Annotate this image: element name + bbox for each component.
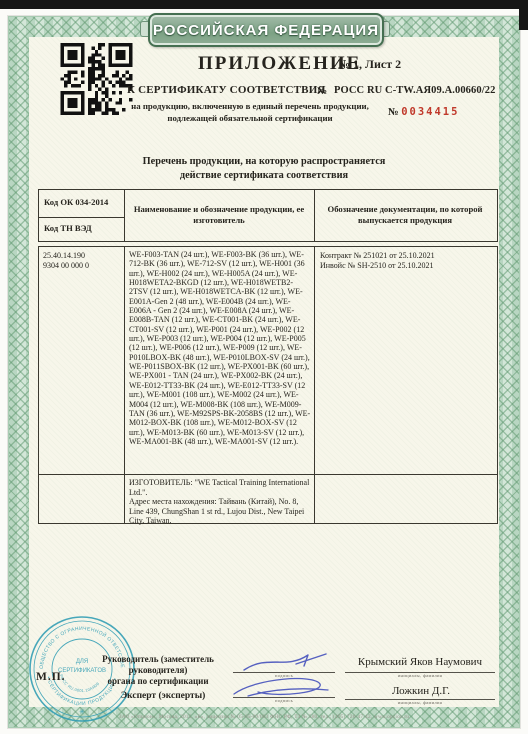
expert-name-line: инициалы, фамилия <box>345 699 495 706</box>
certificate-subtitle: на продукцию, включенную в единый перече… <box>90 101 410 124</box>
code-cell: 25.40.14.190 9304 00 000 0 <box>43 251 122 271</box>
documentation-header: Обозначение документации, по которой вып… <box>321 204 489 225</box>
certificate-number: РОСС RU C-TW.АЯ09.А.00660/22 <box>334 85 495 96</box>
manufacturer-name: ИЗГОТОВИТЕЛЬ: "WE Tactical Training Inte… <box>129 478 311 497</box>
documentation-cell: Контракт № 251021 от 25.10.2021 Инвойс №… <box>320 251 492 271</box>
products-table-header: Код ОК 034-2014 Код ТН ВЭД Наименование … <box>38 189 498 242</box>
expert-signature-line: подпись <box>233 697 335 704</box>
invoice-line: Инвойс № SH-2510 от 25.10.2021 <box>320 261 492 271</box>
body-divider-col2 <box>314 247 315 523</box>
head-name-line: инициалы, фамилия <box>345 672 495 679</box>
certificate-number-sign: № <box>317 86 327 97</box>
subtitle-line-2: подлежащей обязательной сертификации <box>90 113 410 125</box>
printing-house-line: ЗАО «Опцион», Москва, 2015, «Б», лицензи… <box>44 714 484 720</box>
form-number-red: 0034415 <box>401 106 459 118</box>
sheet-reference: № 1, Лист 2 <box>338 57 401 72</box>
products-table-body: 25.40.14.190 9304 00 000 0 WE-F003-TAN (… <box>38 246 498 524</box>
form-number-sign: № <box>388 107 399 118</box>
head-role-line-2: органа по сертификации <box>80 676 236 687</box>
form-number-block: № 0034415 <box>388 106 459 118</box>
head-signature-line: подпись <box>233 672 335 679</box>
scan-corner-black-wedge <box>519 0 528 30</box>
manufacturer-address: Адрес места нахождения: Тайвань (Китай),… <box>129 497 311 526</box>
expert-role: Эксперт (эксперты) <box>108 691 218 701</box>
table-divider-col2 <box>314 190 315 241</box>
table-divider-col1 <box>124 190 125 241</box>
head-role: Руководитель (заместитель руководителя) … <box>80 654 236 687</box>
section-title-line-1: Перечень продукции, на которую распростр… <box>48 155 480 169</box>
country-banner: РОССИЙСКАЯ ФЕДЕРАЦИЯ <box>148 13 384 47</box>
body-divider-col1 <box>124 247 125 523</box>
head-name: Крымский Яков Наумович <box>345 656 495 668</box>
scan-top-black-bar <box>0 0 528 9</box>
country-banner-title: РОССИЙСКАЯ ФЕДЕРАЦИЯ <box>153 22 379 39</box>
head-name-caption: инициалы, фамилия <box>345 673 495 679</box>
code-ok-value: 25.40.14.190 <box>43 251 122 261</box>
certificate-appendix-scan: РОССИЙСКАЯ ФЕДЕРАЦИЯ ПРИЛОЖЕНИЕ № 1, Лис… <box>0 0 528 734</box>
products-section-title: Перечень продукции, на которую распростр… <box>48 155 480 182</box>
code-header-divider <box>39 217 124 218</box>
doc-title: ПРИЛОЖЕНИЕ <box>198 53 361 75</box>
certificate-label: К СЕРТИФИКАТУ СООТВЕТСТВИЯ <box>127 84 326 96</box>
contract-line: Контракт № 251021 от 25.10.2021 <box>320 251 492 261</box>
section-title-line-2: действие сертификата соответствия <box>48 169 480 183</box>
code-ok-header: Код ОК 034-2014 <box>44 197 122 208</box>
expert-name: Ложкин Д.Г. <box>362 685 480 697</box>
manufacturer-cell: ИЗГОТОВИТЕЛЬ: "WE Tactical Training Inte… <box>129 478 311 526</box>
code-tn-header: Код ТН ВЭД <box>44 223 122 234</box>
subtitle-line-1: на продукцию, включенную в единый перече… <box>90 101 410 113</box>
expert-signature-caption: подпись <box>233 698 335 704</box>
manufacturer-row-divider <box>39 474 497 475</box>
expert-name-caption: инициалы, фамилия <box>345 700 495 706</box>
head-signature-caption: подпись <box>233 673 335 679</box>
mp-seal-label: М.П. <box>36 671 66 683</box>
head-role-line-1: Руководитель (заместитель руководителя) <box>80 654 236 676</box>
product-list: WE-F003-TAN (24 шт.), WE-F003-BK (36 шт.… <box>129 250 311 446</box>
product-name-header: Наименование и обозначение продукции, ее… <box>131 204 307 225</box>
code-tn-value: 9304 00 000 0 <box>43 261 122 271</box>
